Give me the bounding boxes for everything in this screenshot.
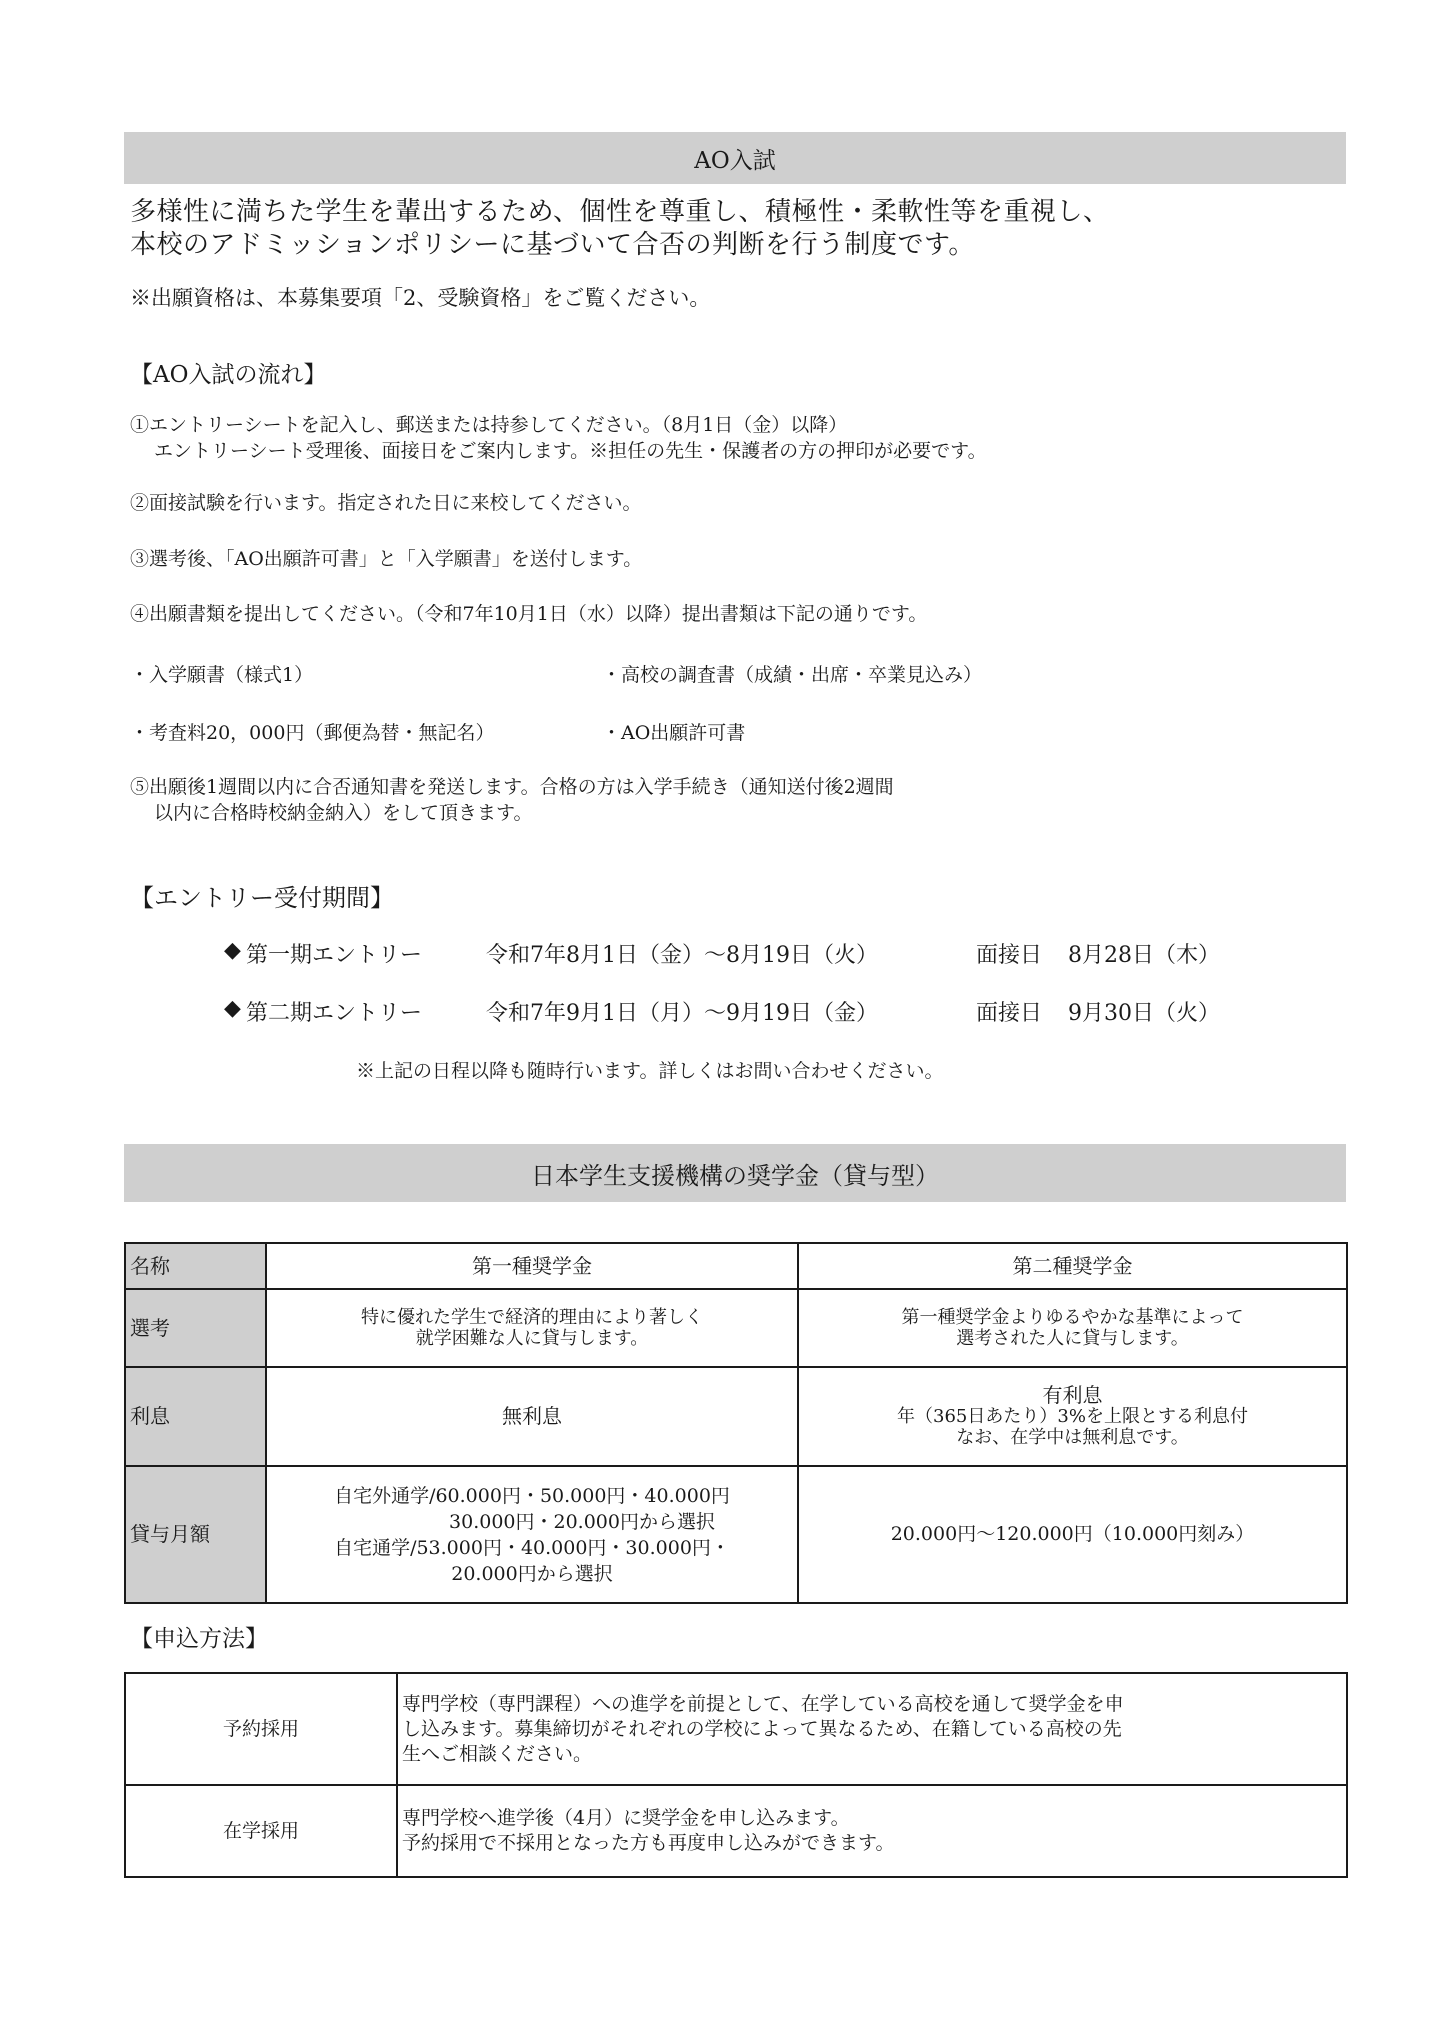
method-description: 専門学校（専門課程）への進学を前提として、在学している高校を通して奨学金を申 し… (397, 1673, 1347, 1785)
document-item: ・考査料20，000円（郵便為替・無記名） (130, 718, 494, 745)
cell-line: 自宅外通学/60.000円・50.000円・40.000円 (273, 1483, 791, 1509)
flow-step-4: ④出願書類を提出してください。（令和7年10月1日（水）以降）提出書類は下記の通… (130, 601, 927, 627)
desc-line: し込みます。募集締切がそれぞれの学校によって異なるため、在籍している高校の先 (402, 1717, 1340, 1742)
cell-line: 無利息 (273, 1406, 791, 1427)
method-label: 在学採用 (125, 1785, 397, 1877)
table-row: 利息 無利息 有利息 年（365日あたり）3%を上限とする利息付 なお、在学中は… (125, 1367, 1347, 1466)
row-label: 貸与月額 (125, 1466, 266, 1603)
row-label: 選考 (125, 1289, 266, 1367)
period-name: 第二期エントリー (246, 996, 486, 1027)
cell-line: 選考された人に貸与します。 (805, 1328, 1340, 1349)
flow-step-2: ②面接試験を行います。指定された日に来校してください。 (130, 490, 641, 516)
method-description: 専門学校へ進学後（4月）に奨学金を申し込みます。 予約採用で不採用となった方も再… (397, 1785, 1347, 1877)
diamond-bullet-icon: ◆ (224, 996, 246, 1027)
scholarship-section-header: 日本学生支援機構の奨学金（貸与型） (124, 1144, 1346, 1202)
entry-period-heading: 【エントリー受付期間】 (130, 878, 394, 913)
entry-period-1: ◆ 第一期エントリー 令和7年8月1日（金）～8月19日（火） 面接日 8月28… (224, 938, 1220, 969)
scholarship-section-title: 日本学生支援機構の奨学金（貸与型） (531, 1156, 939, 1191)
interview-date: 9月30日（火） (1068, 996, 1220, 1027)
application-heading: 【申込方法】 (130, 1620, 268, 1653)
step-text: ③選考後、「AO出願許可書」と「入学願書」を送付します。 (130, 546, 642, 572)
document-item: ・高校の調査書（成績・出席・卒業見込み） (602, 660, 982, 687)
method-label: 予約採用 (125, 1673, 397, 1785)
period-name: 第一期エントリー (246, 938, 486, 969)
step-text: ②面接試験を行います。指定された日に来校してください。 (130, 490, 641, 516)
step-text: ⑤出願後1週間以内に合否通知書を発送します。合格の方は入学手続き（通知送付後2週… (130, 774, 894, 800)
interview-date: 8月28日（木） (1068, 938, 1220, 969)
desc-line: 生へご相談ください。 (402, 1742, 1340, 1767)
cell-line: 年（365日あたり）3%を上限とする利息付 (805, 1406, 1340, 1427)
type1-cell: 特に優れた学生で経済的理由により著しく 就学困難な人に貸与します。 (266, 1289, 798, 1367)
flow-step-5: ⑤出願後1週間以内に合否通知書を発送します。合格の方は入学手続き（通知送付後2週… (130, 774, 894, 826)
interview-label: 面接日 (976, 996, 1068, 1027)
eligibility-note: ※出願資格は、本募集要項「2、受験資格」をご覧ください。 (130, 282, 710, 312)
table-row: 貸与月額 自宅外通学/60.000円・50.000円・40.000円 30.00… (125, 1466, 1347, 1603)
type1-cell: 無利息 (266, 1367, 798, 1466)
cell-line: 第一種奨学金よりゆるやかな基準によって (805, 1307, 1340, 1328)
diamond-bullet-icon: ◆ (224, 938, 246, 969)
period-range: 令和7年9月1日（月）～9月19日（金） (486, 996, 976, 1027)
type2-cell: 第一種奨学金よりゆるやかな基準によって 選考された人に貸与します。 (798, 1289, 1347, 1367)
cell-line: 特に優れた学生で経済的理由により著しく (273, 1307, 791, 1328)
cell-line: 20.000円～120.000円（10.000円刻み） (805, 1524, 1340, 1545)
ao-intro: 多様性に満ちた学生を輩出するため、個性を尊重し、積極性・柔軟性等を重視し、 本校… (130, 196, 1109, 262)
desc-line: 専門学校（専門課程）への進学を前提として、在学している高校を通して奨学金を申 (402, 1692, 1340, 1717)
type2-cell: 20.000円～120.000円（10.000円刻み） (798, 1466, 1347, 1603)
ao-section-header: AO入試 (124, 132, 1346, 184)
cell-line: 就学困難な人に貸与します。 (273, 1328, 791, 1349)
ao-section-title: AO入試 (694, 142, 775, 175)
type1-header: 第一種奨学金 (266, 1243, 798, 1289)
interview-label: 面接日 (976, 938, 1068, 969)
cell-line: 20.000円から選択 (273, 1561, 791, 1587)
step-text-cont: 以内に合格時校納金納入）をして頂きます。 (130, 800, 894, 826)
step-text-cont: エントリーシート受理後、面接日をご案内します。※担任の先生・保護者の方の押印が必… (130, 438, 987, 464)
table-row: 選考 特に優れた学生で経済的理由により著しく 就学困難な人に貸与します。 第一種… (125, 1289, 1347, 1367)
type2-header: 第二種奨学金 (798, 1243, 1347, 1289)
entry-period-note: ※上記の日程以降も随時行います。詳しくはお問い合わせください。 (356, 1056, 943, 1083)
period-range: 令和7年8月1日（金）～8月19日（火） (486, 938, 976, 969)
application-table: 予約採用 専門学校（専門課程）への進学を前提として、在学している高校を通して奨学… (124, 1672, 1348, 1878)
step-text: ④出願書類を提出してください。（令和7年10月1日（水）以降）提出書類は下記の通… (130, 601, 927, 627)
intro-line: 多様性に満ちた学生を輩出するため、個性を尊重し、積極性・柔軟性等を重視し、 (130, 196, 1109, 229)
flow-heading: 【AO入試の流れ】 (130, 356, 326, 389)
scholarship-table: 名称 第一種奨学金 第二種奨学金 選考 特に優れた学生で経済的理由により著しく … (124, 1242, 1348, 1604)
type1-cell: 自宅外通学/60.000円・50.000円・40.000円 30.000円・20… (266, 1466, 798, 1603)
intro-line: 本校のアドミッションポリシーに基づいて合否の判断を行う制度です。 (130, 229, 1109, 262)
table-row: 予約採用 専門学校（専門課程）への進学を前提として、在学している高校を通して奨学… (125, 1673, 1347, 1785)
cell-line: 自宅通学/53.000円・40.000円・30.000円・ (273, 1535, 791, 1561)
desc-line: 予約採用で不採用となった方も再度申し込みができます。 (402, 1831, 1340, 1856)
flow-step-1: ①エントリーシートを記入し、郵送または持参してください。（8月1日（金）以降） … (130, 412, 987, 464)
cell-line: 有利息 (805, 1385, 1340, 1406)
step-text: ①エントリーシートを記入し、郵送または持参してください。（8月1日（金）以降） (130, 412, 987, 438)
cell-line: 30.000円・20.000円から選択 (273, 1509, 791, 1535)
table-row: 名称 第一種奨学金 第二種奨学金 (125, 1243, 1347, 1289)
row-label: 名称 (125, 1243, 266, 1289)
document-item: ・入学願書（様式1） (130, 660, 313, 687)
document-item: ・AO出願許可書 (602, 718, 745, 745)
row-label: 利息 (125, 1367, 266, 1466)
desc-line: 専門学校へ進学後（4月）に奨学金を申し込みます。 (402, 1806, 1340, 1831)
entry-period-2: ◆ 第二期エントリー 令和7年9月1日（月）～9月19日（金） 面接日 9月30… (224, 996, 1220, 1027)
cell-line: なお、在学中は無利息です。 (805, 1427, 1340, 1448)
table-row: 在学採用 専門学校へ進学後（4月）に奨学金を申し込みます。 予約採用で不採用とな… (125, 1785, 1347, 1877)
flow-step-3: ③選考後、「AO出願許可書」と「入学願書」を送付します。 (130, 546, 642, 572)
type2-cell: 有利息 年（365日あたり）3%を上限とする利息付 なお、在学中は無利息です。 (798, 1367, 1347, 1466)
